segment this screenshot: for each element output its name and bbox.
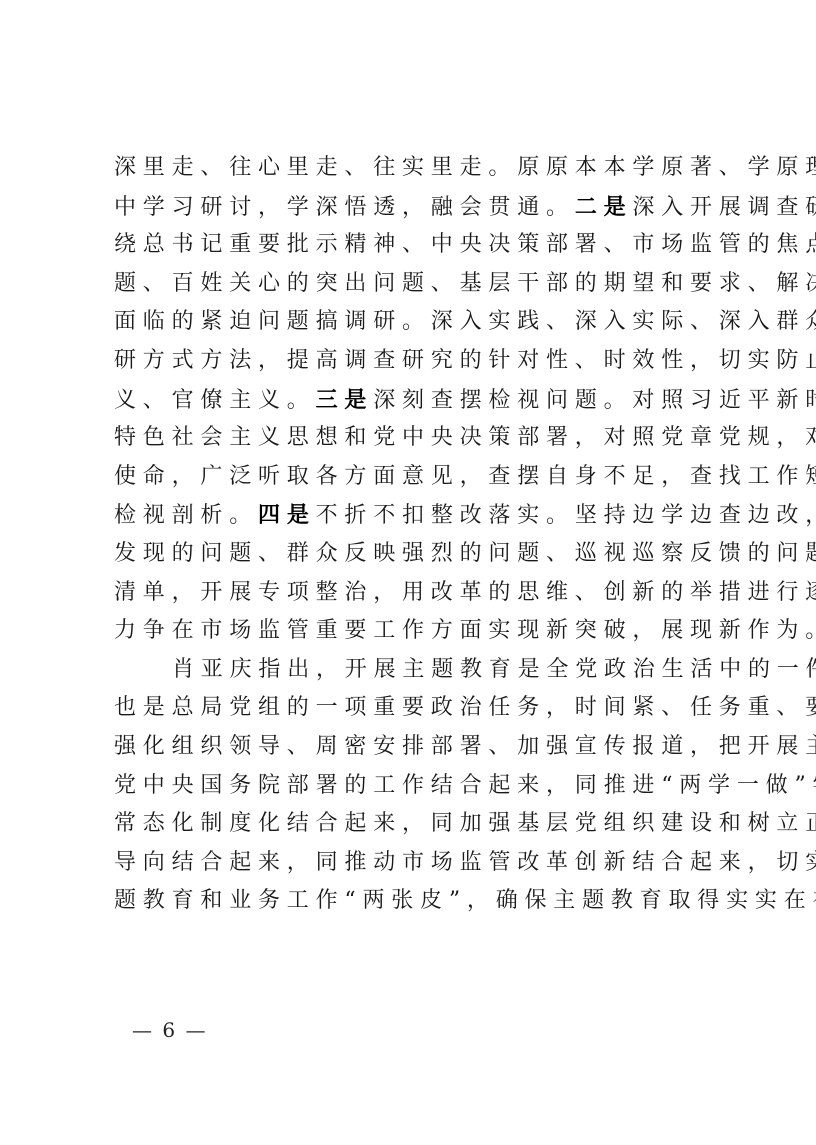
text-run: 深里走、往心里走、往实里走。原原本本学原著、学原理，进行集: [114, 155, 816, 180]
text-line: 也是总局党组的一项重要政治任务，时间紧、任务重、要求高，要: [114, 689, 704, 728]
text-line: 强化组织领导、周密安排部署、加强宣传报道，把开展主题教育同: [114, 728, 704, 767]
document-page: 深里走、往心里走、往实里走。原原本本学原著、学原理，进行集中学习研讨，学深悟透，…: [0, 0, 816, 1145]
bold-lead-phrase: 四是: [258, 502, 316, 528]
text-line: 常态化制度化结合起来，同加强基层党组织建设和树立正确用人: [114, 805, 704, 844]
text-run: 也是总局党组的一项重要政治任务，时间紧、任务重、要求高，要: [114, 695, 816, 720]
text-line: 中学习研讨，学深悟透，融会贯通。二是深入开展调查研究。围: [114, 188, 704, 227]
text-run: 中学习研讨，学深悟透，融会贯通。: [114, 195, 575, 220]
bold-lead-phrase: 二是: [575, 194, 633, 220]
text-line: 发现的问题、群众反映强烈的问题、巡视巡察反馈的问题等，列出: [114, 535, 704, 574]
text-line: 导向结合起来，同推动市场监管改革创新结合起来，切实防止主: [114, 844, 704, 883]
bold-lead-phrase: 三是: [316, 387, 374, 413]
text-run: 绕总书记重要批示精神、中央决策部署、市场监管的焦点难点问: [114, 232, 816, 257]
text-run: 检视剖析。: [114, 503, 258, 528]
text-run: 常态化制度化结合起来，同加强基层党组织建设和树立正确用人: [114, 811, 816, 836]
text-run: 发现的问题、群众反映强烈的问题、巡视巡察反馈的问题等，列出: [114, 541, 816, 566]
text-run: 使命，广泛听取各方面意见，查摆自身不足，查找工作短板，深刻: [114, 464, 816, 489]
text-line: 研方式方法，提高调查研究的针对性、时效性，切实防止形式主: [114, 342, 704, 381]
text-line: 义、官僚主义。三是深刻查摆检视问题。对照习近平新时代中国: [114, 381, 704, 420]
text-run: 肖亚庆指出，开展主题教育是全党政治生活中的一件大事，: [172, 657, 816, 682]
text-line: 题、百姓关心的突出问题、基层干部的期望和要求、解决党的建设: [114, 265, 704, 304]
text-line: 面临的紧迫问题搞调研。深入实践、深入实际、深入群众，创新调: [114, 303, 704, 342]
text-line: 绕总书记重要批示精神、中央决策部署、市场监管的焦点难点问: [114, 226, 704, 265]
text-run: 深刻查摆检视问题。对照习近平新时代中国: [373, 388, 816, 413]
text-run: 题教育和业务工作“两张皮”，确保主题教育取得实实在在成效。: [114, 888, 816, 913]
text-run: 面临的紧迫问题搞调研。深入实践、深入实际、深入群众，创新调: [114, 309, 816, 334]
text-line: 使命，广泛听取各方面意见，查摆自身不足，查找工作短板，深刻: [114, 458, 704, 497]
text-run: 研方式方法，提高调查研究的针对性、时效性，切实防止形式主: [114, 348, 816, 373]
text-run: 深入开展调查研究。围: [632, 195, 816, 220]
text-run: 题、百姓关心的突出问题、基层干部的期望和要求、解决党的建设: [114, 271, 816, 296]
text-run: 不折不扣整改落实。坚持边学边查边改，对调研: [316, 503, 816, 528]
text-run: 强化组织领导、周密安排部署、加强宣传报道，把开展主题教育同: [114, 734, 816, 759]
text-line: 深里走、往心里走、往实里走。原原本本学原著、学原理，进行集: [114, 149, 704, 188]
text-run: 党中央国务院部署的工作结合起来，同推进“两学一做”学习教育: [114, 773, 816, 798]
paragraph: 肖亚庆指出，开展主题教育是全党政治生活中的一件大事，也是总局党组的一项重要政治任…: [114, 651, 704, 921]
text-line: 清单，开展专项整治，用改革的思维、创新的举措进行逐项整改，: [114, 574, 704, 613]
text-run: 导向结合起来，同推动市场监管改革创新结合起来，切实防止主: [114, 850, 816, 875]
text-run: 力争在市场监管重要工作方面实现新突破，展现新作为。: [114, 618, 816, 643]
paragraph: 深里走、往心里走、往实里走。原原本本学原著、学原理，进行集中学习研讨，学深悟透，…: [114, 149, 704, 651]
text-line: 特色社会主义思想和党中央决策部署，对照党章党规，对照初心: [114, 419, 704, 458]
page-number: — 6 —: [132, 1018, 207, 1042]
text-run: 清单，开展专项整治，用改革的思维、创新的举措进行逐项整改，: [114, 580, 816, 605]
text-line: 力争在市场监管重要工作方面实现新突破，展现新作为。: [114, 612, 704, 651]
text-line: 检视剖析。四是不折不扣整改落实。坚持边学边查边改，对调研: [114, 496, 704, 535]
body-text: 深里走、往心里走、往实里走。原原本本学原著、学原理，进行集中学习研讨，学深悟透，…: [114, 149, 704, 921]
text-line: 党中央国务院部署的工作结合起来，同推进“两学一做”学习教育: [114, 767, 704, 806]
text-line: 题教育和业务工作“两张皮”，确保主题教育取得实实在在成效。: [114, 882, 704, 921]
text-line: 肖亚庆指出，开展主题教育是全党政治生活中的一件大事，: [114, 651, 704, 690]
text-run: 义、官僚主义。: [114, 388, 316, 413]
text-run: 特色社会主义思想和党中央决策部署，对照党章党规，对照初心: [114, 425, 816, 450]
